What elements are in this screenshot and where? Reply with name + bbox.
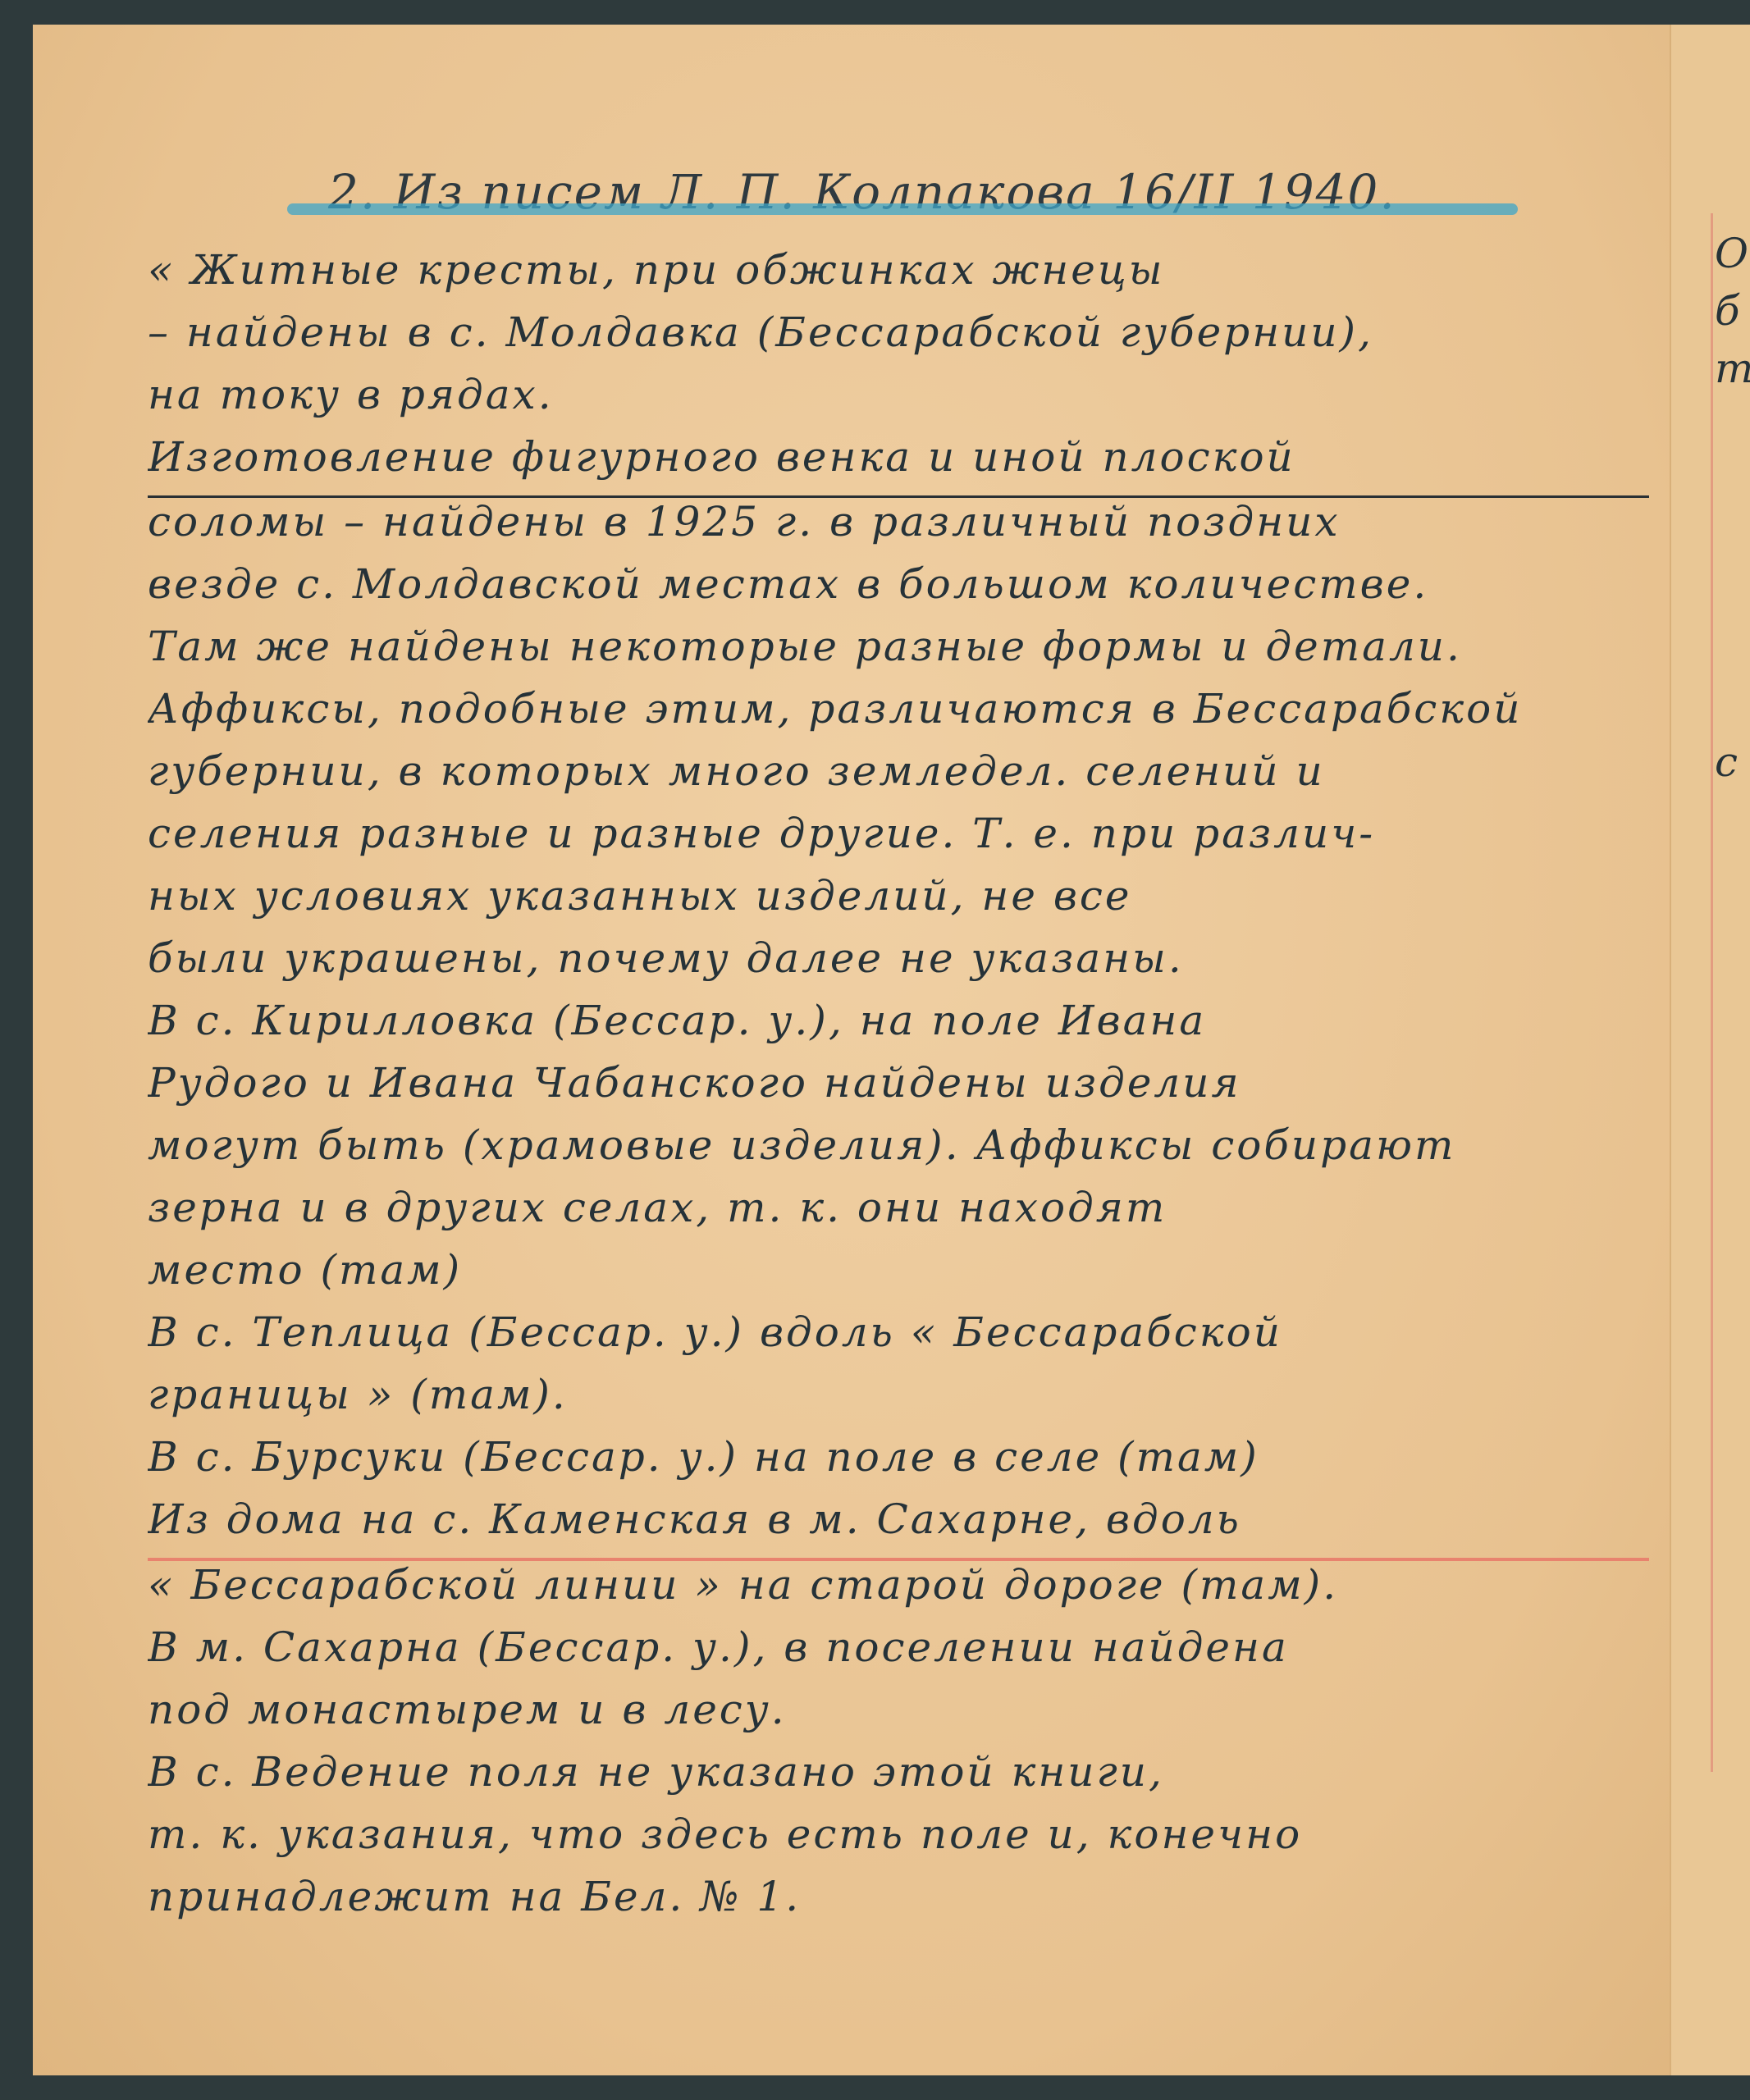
text-line: В с. Ведение поля не указано этой книги, bbox=[148, 1748, 1649, 1810]
text-line: Изготовление фигурного венка и иной плос… bbox=[148, 433, 1649, 498]
text-line: губернии, в которых много земледел. селе… bbox=[148, 747, 1649, 810]
text-line: были украшены, почему далее не указаны. bbox=[148, 934, 1649, 997]
text-line: везде с. Молдавской местах в большом кол… bbox=[148, 560, 1649, 623]
margin-fragment: с bbox=[1715, 738, 1738, 786]
red-pencil-margin-line bbox=[1711, 213, 1713, 1772]
text-line: В с. Бурсуки (Бессар. у.) на поле в селе… bbox=[148, 1433, 1649, 1495]
text-line: принадлежит на Бел. № 1. bbox=[148, 1873, 1649, 1935]
text-line: В с. Теплица (Бессар. у.) вдоль « Бессар… bbox=[148, 1308, 1649, 1371]
text-line: ных условиях указанных изделий, не все bbox=[148, 872, 1649, 934]
margin-fragment: О bbox=[1715, 230, 1748, 277]
margin-fragment: т bbox=[1715, 345, 1750, 392]
handwritten-text: « Житные кресты, при обжинках жнецы – на… bbox=[148, 246, 1649, 1935]
text-line: границы » (там). bbox=[148, 1371, 1649, 1433]
text-line: могут быть (храмовые изделия). Аффиксы с… bbox=[148, 1121, 1649, 1184]
text-line: на току в рядах. bbox=[148, 371, 1649, 433]
manuscript-page: 2. Из писем Л. П. Колпакова 16/II 1940. … bbox=[33, 25, 1694, 2075]
text-line: В м. Сахарна (Бессар. у.), в поселении н… bbox=[148, 1623, 1649, 1686]
text-line: – найдены в с. Молдавка (Бессарабской гу… bbox=[148, 308, 1649, 371]
blue-pencil-underline bbox=[287, 203, 1518, 215]
text-line: Рудого и Ивана Чабанского найдены издели… bbox=[148, 1059, 1649, 1121]
text-line: Там же найдены некоторые разные формы и … bbox=[148, 623, 1649, 685]
text-line: Из дома на с. Каменская в м. Сахарне, вд… bbox=[148, 1495, 1649, 1561]
text-line: селения разные и разные другие. Т. е. пр… bbox=[148, 810, 1649, 872]
text-line: « Житные кресты, при обжинках жнецы bbox=[148, 246, 1649, 308]
text-line: под монастырем и в лесу. bbox=[148, 1686, 1649, 1748]
text-line: место (там) bbox=[148, 1246, 1649, 1308]
text-line: В с. Кирилловка (Бессар. у.), на поле Ив… bbox=[148, 997, 1649, 1059]
text-line: зерна и в других селах, т. к. они находя… bbox=[148, 1184, 1649, 1246]
margin-fragment: б bbox=[1715, 287, 1740, 335]
text-line: Аффиксы, подобные этим, различаются в Бе… bbox=[148, 685, 1649, 747]
text-line: т. к. указания, что здесь есть поле и, к… bbox=[148, 1810, 1649, 1873]
text-line: « Бессарабской линии » на старой дороге … bbox=[148, 1561, 1649, 1623]
text-line: соломы – найдены в 1925 г. в различный п… bbox=[148, 498, 1649, 560]
